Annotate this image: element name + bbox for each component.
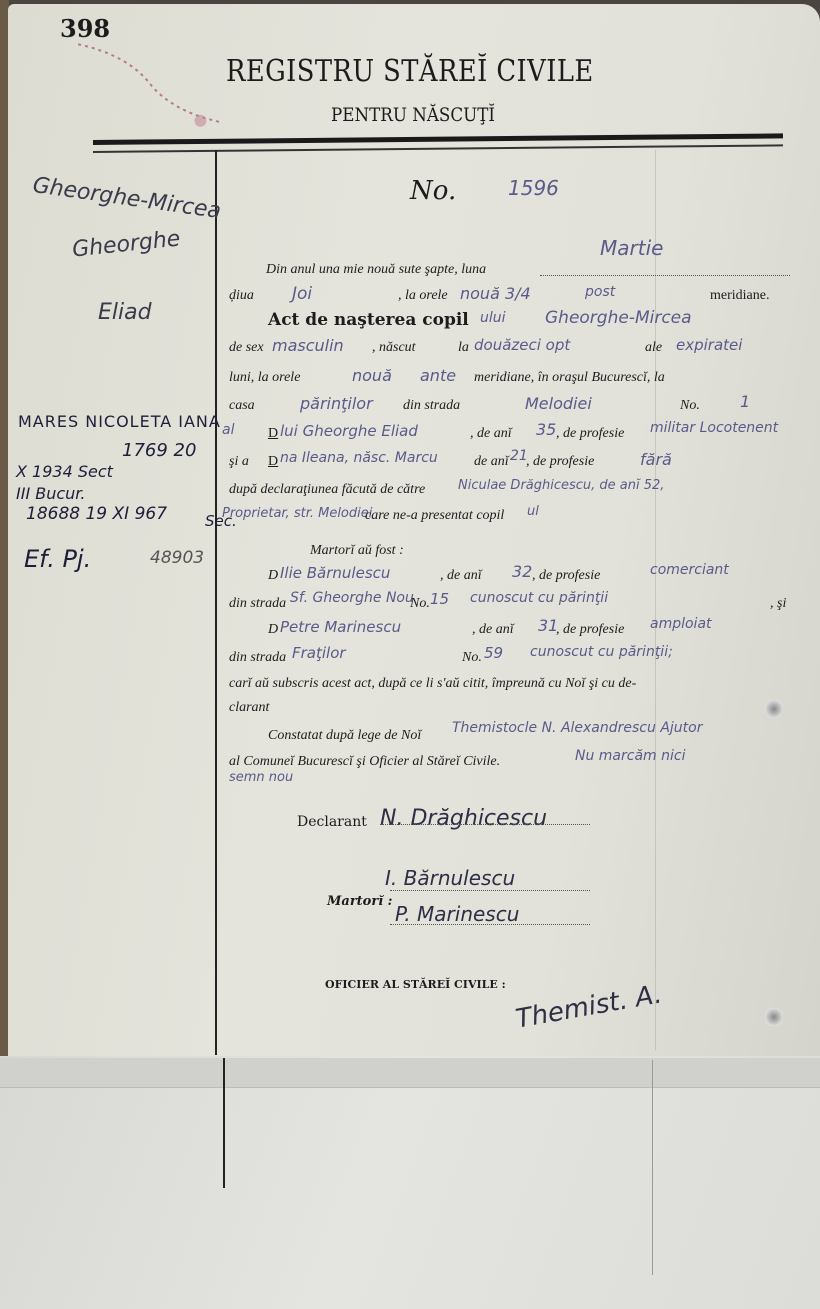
declarant-signature-label: Declarant [297, 814, 367, 830]
page-fold [655, 150, 656, 1050]
act-hour: nouă 3/4 [460, 284, 531, 303]
witness1-no-label: No. [410, 596, 430, 612]
birth-month: Martie [600, 236, 663, 260]
witness1-age: 32 [512, 562, 532, 581]
act-number: 1596 [508, 176, 559, 200]
born-day-prefix: la [458, 340, 469, 356]
born-label: , născut [372, 340, 416, 356]
officer-signature-label: OFICIER AL STĂREĬ CIVILE : [325, 978, 506, 991]
father-name: lui Gheorghe Eliad [280, 422, 418, 440]
declarant-name: Niculae Drăghicescu, de anĭ 52, [458, 478, 664, 493]
witness2-profession: amploiat [650, 616, 712, 632]
act-hour-suffix: post [585, 284, 615, 300]
witness2-signature: P. Marinescu [395, 902, 519, 926]
next-page-sheet [0, 1056, 820, 1309]
paper-hole [765, 1008, 783, 1026]
witness2-age-label: , de anĭ [472, 622, 514, 638]
witness2-name: Petre Marinescu [280, 618, 401, 636]
witness1-si: , şi [770, 596, 786, 612]
hours-label: luni, la orele [229, 370, 300, 386]
child-name: Gheorghe-Mircea [545, 308, 692, 328]
dotted-line [540, 275, 790, 276]
street-no: 1 [740, 392, 750, 411]
meridian-label: meridiane. [710, 288, 769, 304]
witness1-note: cunoscut cu părinţii [470, 590, 608, 606]
casa-label: casa [229, 398, 255, 414]
witness1-street: Sf. Gheorghe Nou [290, 590, 414, 606]
mother-prefix: şi a [229, 454, 249, 470]
sex-label: de sex [229, 340, 264, 356]
dotted-line [390, 924, 590, 925]
declarant-line2: Proprietar, str. Melodiei [222, 506, 372, 521]
constatat-label: Constatat după lege de Noĭ [268, 728, 421, 744]
casa-value: părinţilor [300, 394, 373, 413]
father-age-label: , de anĭ [470, 426, 512, 442]
declaration-label: după declaraţiunea făcută de către [229, 482, 425, 498]
torn-page-edge [0, 1058, 820, 1088]
born-hour-ante: ante [420, 366, 456, 385]
annotation-line-1: MARES NICOLETA IANA [18, 412, 221, 431]
register-title: REGISTRU STĂREĬ CIVILE [226, 54, 594, 89]
witness1-street-label: din strada [229, 596, 286, 612]
street-value: Melodiei [525, 394, 592, 413]
father-age: 35 [536, 420, 556, 439]
margin-surname: Eliad [98, 300, 152, 325]
street-no-label: No. [680, 398, 700, 414]
dotted-line [380, 824, 590, 825]
mother-name: na Ileana, născ. Marcu [280, 450, 438, 466]
annotation-line-7: 48903 [150, 548, 204, 568]
register-subtitle: PENTRU NĂSCUŢĬ [331, 104, 495, 126]
hour-label: , la orele [398, 288, 448, 304]
annotation-line-5: 18688 19 XI 967 [26, 504, 167, 524]
witness1-name: Ilie Bărnulescu [280, 564, 390, 582]
declaration-suffix2: ul [527, 504, 539, 519]
year-text: Din anul una mie nouă sute şapte, luna [266, 262, 486, 278]
act-heading: Act de naşterea copil [268, 310, 469, 330]
witness1-label: D [268, 568, 278, 584]
born-hour: nouă [352, 366, 392, 385]
annotation-initials: Ef. Pj. [24, 545, 91, 573]
register-page [8, 4, 820, 1056]
witness1-no: 15 [430, 590, 449, 608]
officer-note-2: semn nou [229, 770, 293, 785]
officer-note: Nu marcăm nici [575, 748, 685, 764]
witness1-age-label: , de anĭ [440, 568, 482, 584]
witnesses-heading: Martorĭ aŭ fost : [310, 543, 404, 559]
heading-suffix: ului [480, 310, 506, 326]
mother-label: D [268, 454, 278, 470]
child-sex: masculin [272, 336, 344, 355]
annotation-line-3: X 1934 Sect [16, 462, 113, 481]
closing-line-1: carĭ aŭ subscris acest act, după ce li s… [229, 676, 636, 692]
born-place: meridiane, în oraşul Bucurescĭ, la [474, 370, 665, 386]
born-month: expiratei [676, 336, 742, 354]
officer-name: Themistocle N. Alexandrescu Ajutor [452, 720, 702, 736]
closing-line-2: clarant [229, 700, 269, 716]
mother-prof-label: , de profesie [526, 454, 594, 470]
born-day: douăzeci opt [474, 336, 570, 354]
father-label: D [268, 426, 278, 442]
act-day: Joi [292, 284, 312, 304]
officer-line: al Comuneĭ Bucurescĭ şi Oficier al Stăre… [229, 754, 500, 770]
annotation-line-2: 1769 20 [122, 440, 196, 461]
day-label: ḑiua [229, 288, 254, 304]
born-month-label: ale [645, 340, 662, 356]
witness1-prof-label: , de profesie [532, 568, 600, 584]
street-label: din strada [403, 398, 460, 414]
witness1-signature: I. Bărnulescu [385, 866, 515, 890]
mother-profession: fără [640, 450, 672, 469]
next-page-column-line [223, 1058, 225, 1188]
witnesses-signature-label: Martorĭ : [327, 894, 392, 909]
father-profession: militar Locotenent [650, 420, 778, 436]
witness2-no-label: No. [462, 650, 482, 666]
witness2-label: D [268, 622, 278, 638]
declaration-suffix: care ne-a presentat copil [365, 508, 504, 524]
witness2-no: 59 [484, 644, 503, 662]
paper-hole [765, 700, 783, 718]
witness2-prof-label: , de profesie [556, 622, 624, 638]
dotted-line [390, 890, 590, 891]
mother-age-label: de anĭ [474, 454, 509, 470]
witness2-note: cunoscut cu părinţii; [530, 644, 673, 660]
next-page-fold-line [652, 1060, 653, 1275]
act-number-label: No. [410, 176, 456, 206]
father-prefix: al [222, 422, 234, 438]
witness1-profession: comerciant [650, 562, 729, 578]
declarant-signature: N. Drăghicescu [380, 806, 547, 831]
annotation-line-4: III Bucur. [16, 484, 86, 503]
witness2-street-label: din strada [229, 650, 286, 666]
witness2-street: Fraţilor [292, 644, 346, 662]
margin-column-divider [215, 150, 217, 1055]
father-prof-label: , de profesie [556, 426, 624, 442]
